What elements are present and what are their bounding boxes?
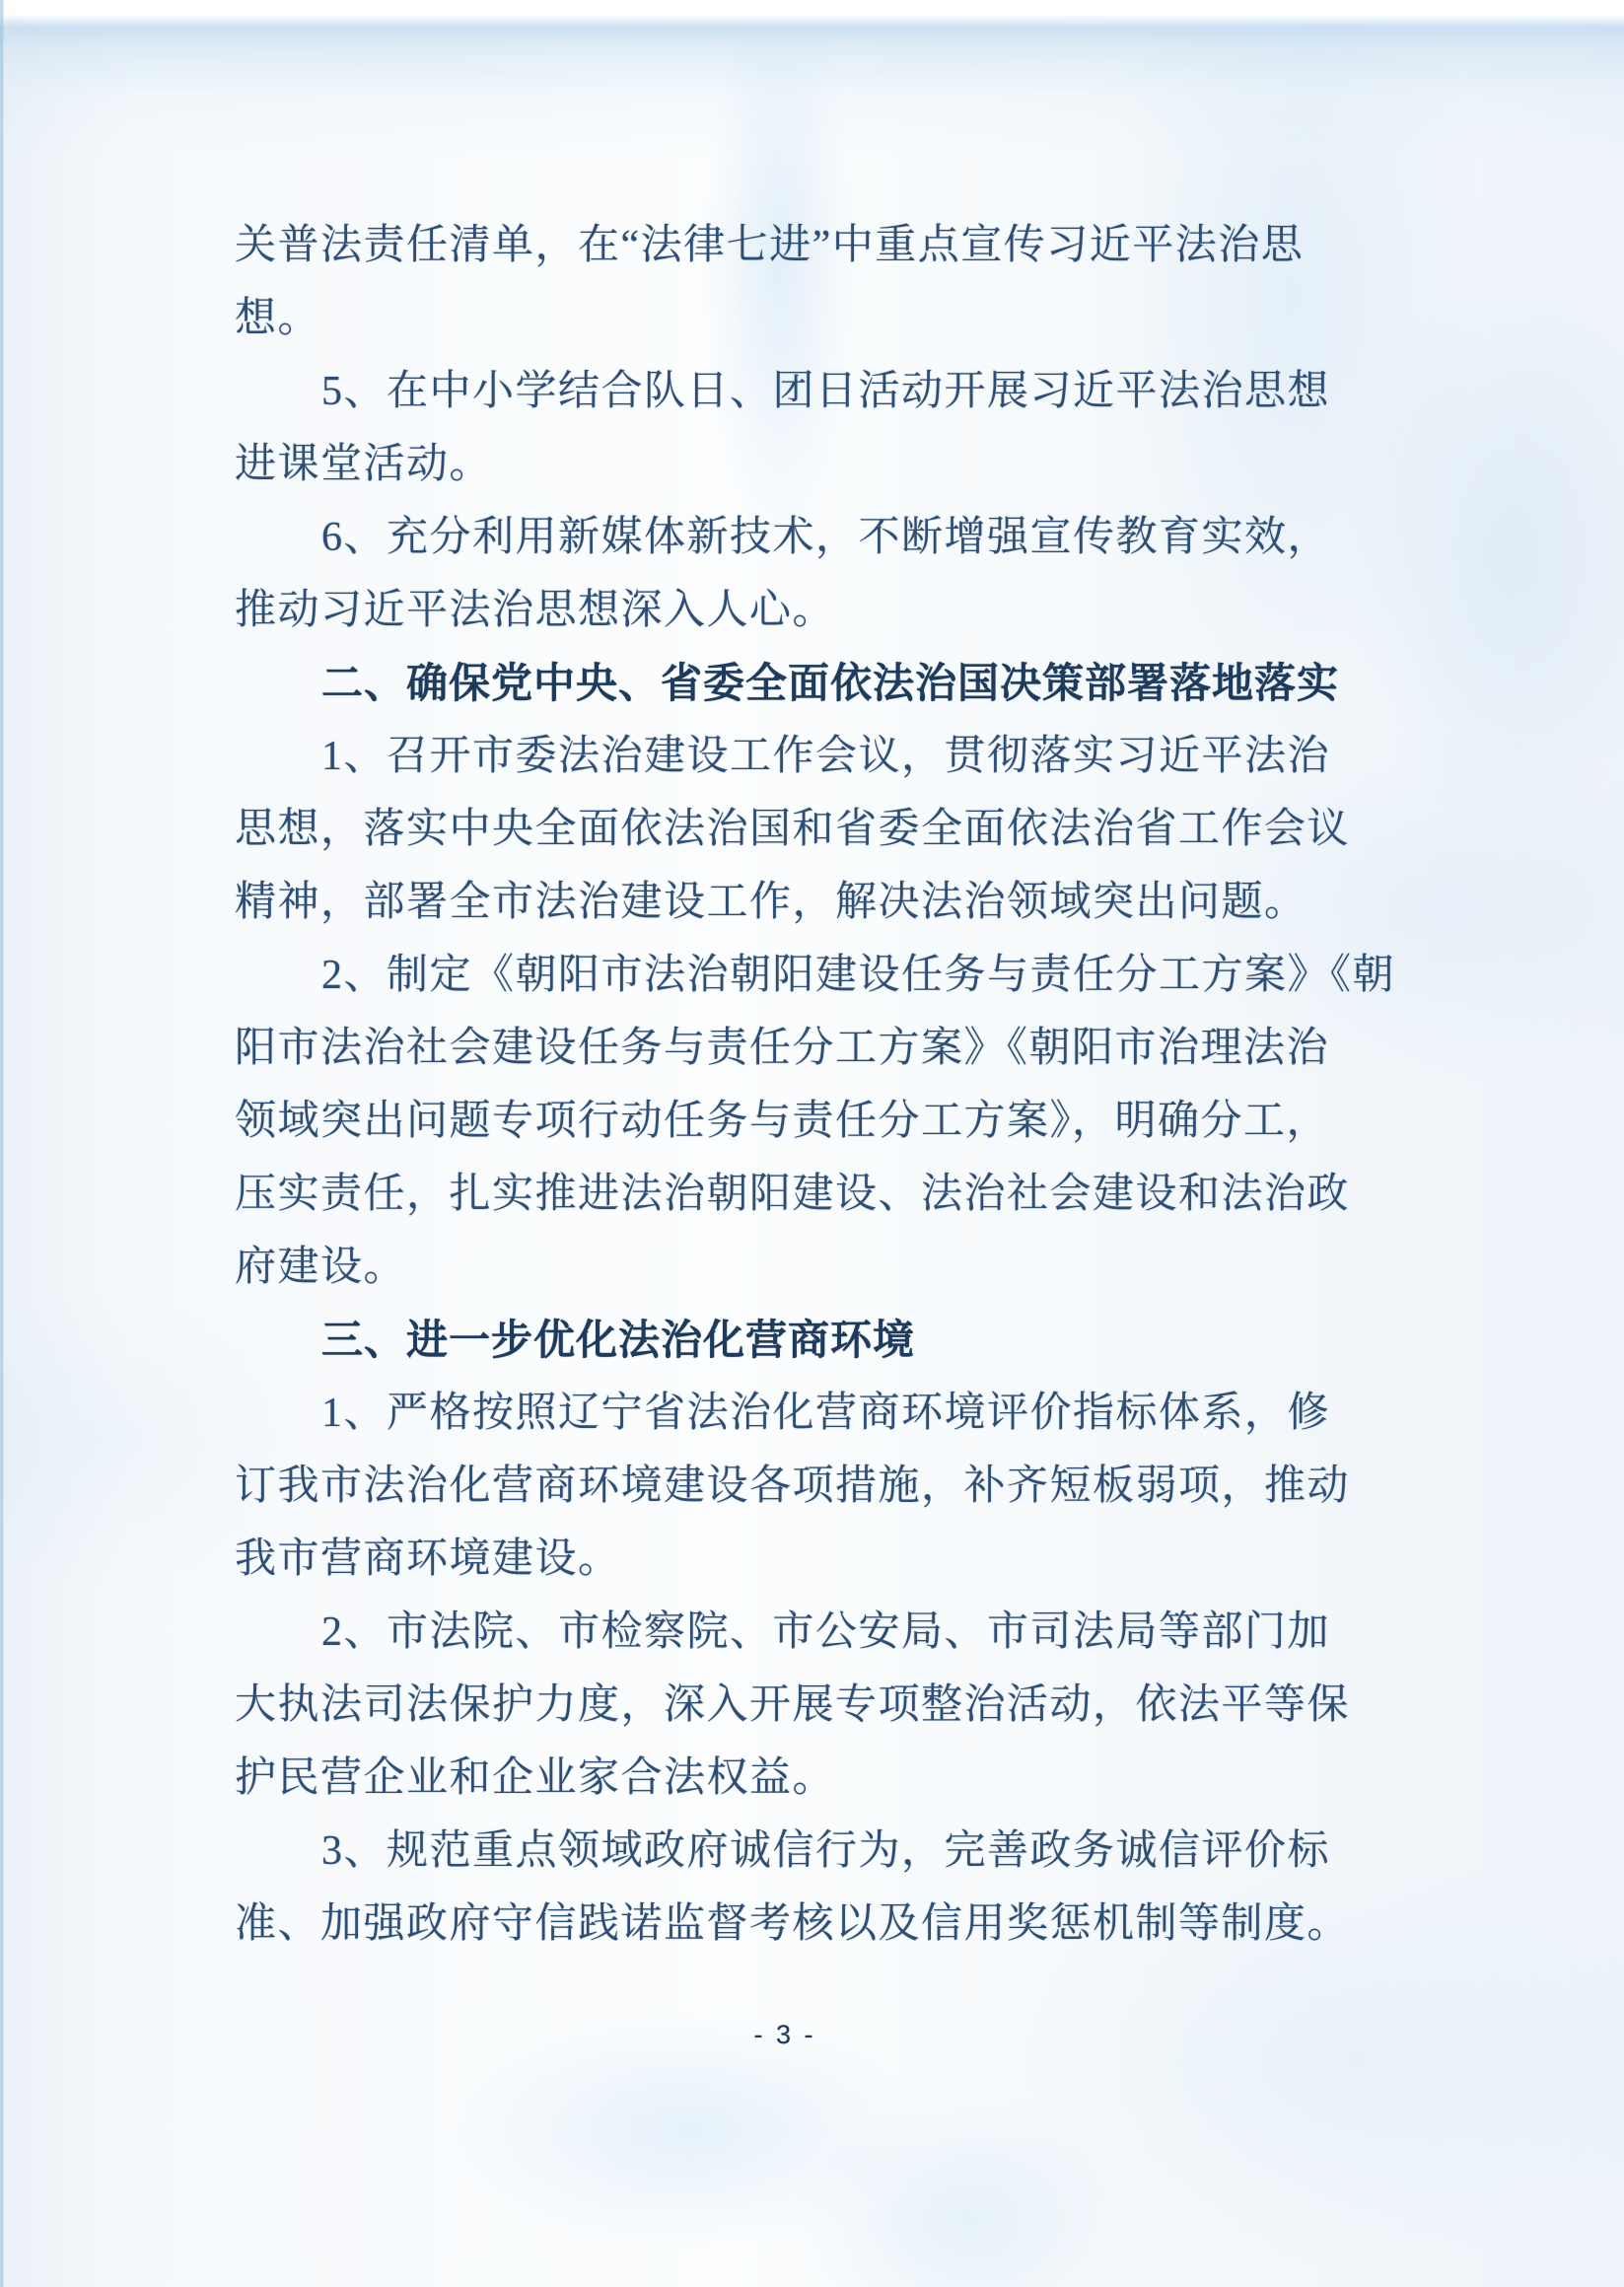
text-line: 阳市法治社会建设任务与责任分工方案》《朝阳市治理法治 (235, 1012, 1337, 1085)
section-heading: 三、进一步优化法治化营商环境 (235, 1304, 1337, 1377)
text-line: 大执法司法保护力度，深入开展专项整治活动，依法平等保 (235, 1669, 1337, 1742)
text-line: 护民营企业和企业家合法权益。 (235, 1742, 1337, 1815)
text-line: 2、市法院、市检察院、市公安局、市司法局等部门加 (235, 1596, 1337, 1669)
text-line: 准、加强政府守信践诺监督考核以及信用奖惩机制等制度。 (235, 1888, 1337, 1961)
text-line: 6、充分利用新媒体新技术，不断增强宣传教育实效， (235, 501, 1337, 574)
text-line: 2、制定《朝阳市法治朝阳建设任务与责任分工方案》《朝 (235, 939, 1337, 1012)
section-heading: 二、确保党中央、省委全面依法治国决策部署落地落实 (235, 647, 1337, 720)
scanned-document-page: 关普法责任清单，在“法律七进”中重点宣传习近平法治思 想。 5、在中小学结合队日… (0, 0, 1624, 2287)
text-line: 订我市法治化营商环境建设各项措施，补齐短板弱项，推动 (235, 1450, 1337, 1523)
text-line: 1、严格按照辽宁省法治化营商环境评价指标体系，修 (235, 1377, 1337, 1450)
text-line: 5、在中小学结合队日、团日活动开展习近平法治思想 (235, 355, 1337, 428)
text-line: 3、规范重点领域政府诚信行为，完善政务诚信评价标 (235, 1815, 1337, 1888)
text-line: 领域突出问题专项行动任务与责任分工方案》，明确分工， (235, 1085, 1337, 1158)
text-line: 1、召开市委法治建设工作会议，贯彻落实习近平法治 (235, 720, 1337, 793)
text-line: 推动习近平法治思想深入人心。 (235, 574, 1337, 647)
text-line: 关普法责任清单，在“法律七进”中重点宣传习近平法治思 (235, 209, 1337, 282)
document-body: 关普法责任清单，在“法律七进”中重点宣传习近平法治思 想。 5、在中小学结合队日… (235, 209, 1337, 1961)
text-line: 府建设。 (235, 1231, 1337, 1304)
text-line: 我市营商环境建设。 (235, 1523, 1337, 1596)
text-line: 压实责任，扎实推进法治朝阳建设、法治社会建设和法治政 (235, 1158, 1337, 1231)
text-line: 想。 (235, 282, 1337, 355)
text-line: 精神，部署全市法治建设工作，解决法治领域突出问题。 (235, 866, 1337, 939)
text-line: 思想，落实中央全面依法治国和省委全面依法治省工作会议 (235, 793, 1337, 866)
text-line: 进课堂活动。 (235, 428, 1337, 501)
page-number: - 3 - (686, 2020, 883, 2050)
